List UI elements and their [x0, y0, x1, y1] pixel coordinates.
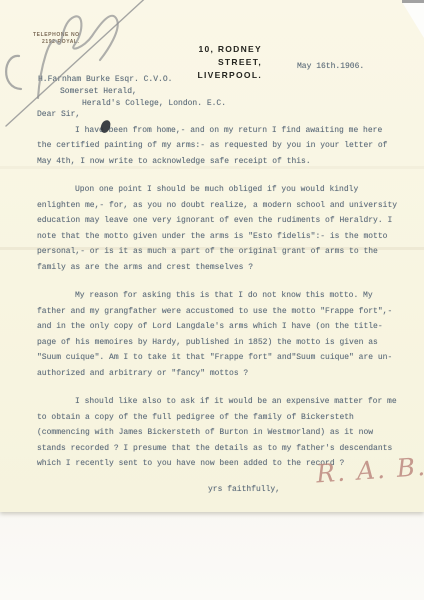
- date-line: May 16th.1906.: [297, 62, 364, 71]
- closing-line: yrs faithfully,: [208, 485, 280, 494]
- paragraph-2: Upon one point I should be much obliged …: [37, 182, 399, 275]
- pencil-annotations: [0, 0, 210, 138]
- letter-body: Dear Sir, I have been from home,- and on…: [37, 107, 399, 485]
- pencil-diagonal-line: [6, 0, 152, 126]
- pencil-letter-c: [6, 56, 21, 89]
- letter-scan: TELEPHONE NO 2192 ROYAL. 10, RODNEY STRE…: [0, 0, 424, 600]
- scan-edge-strip: [402, 0, 424, 3]
- paragraph-3: My reason for asking this is that I do n…: [37, 288, 399, 381]
